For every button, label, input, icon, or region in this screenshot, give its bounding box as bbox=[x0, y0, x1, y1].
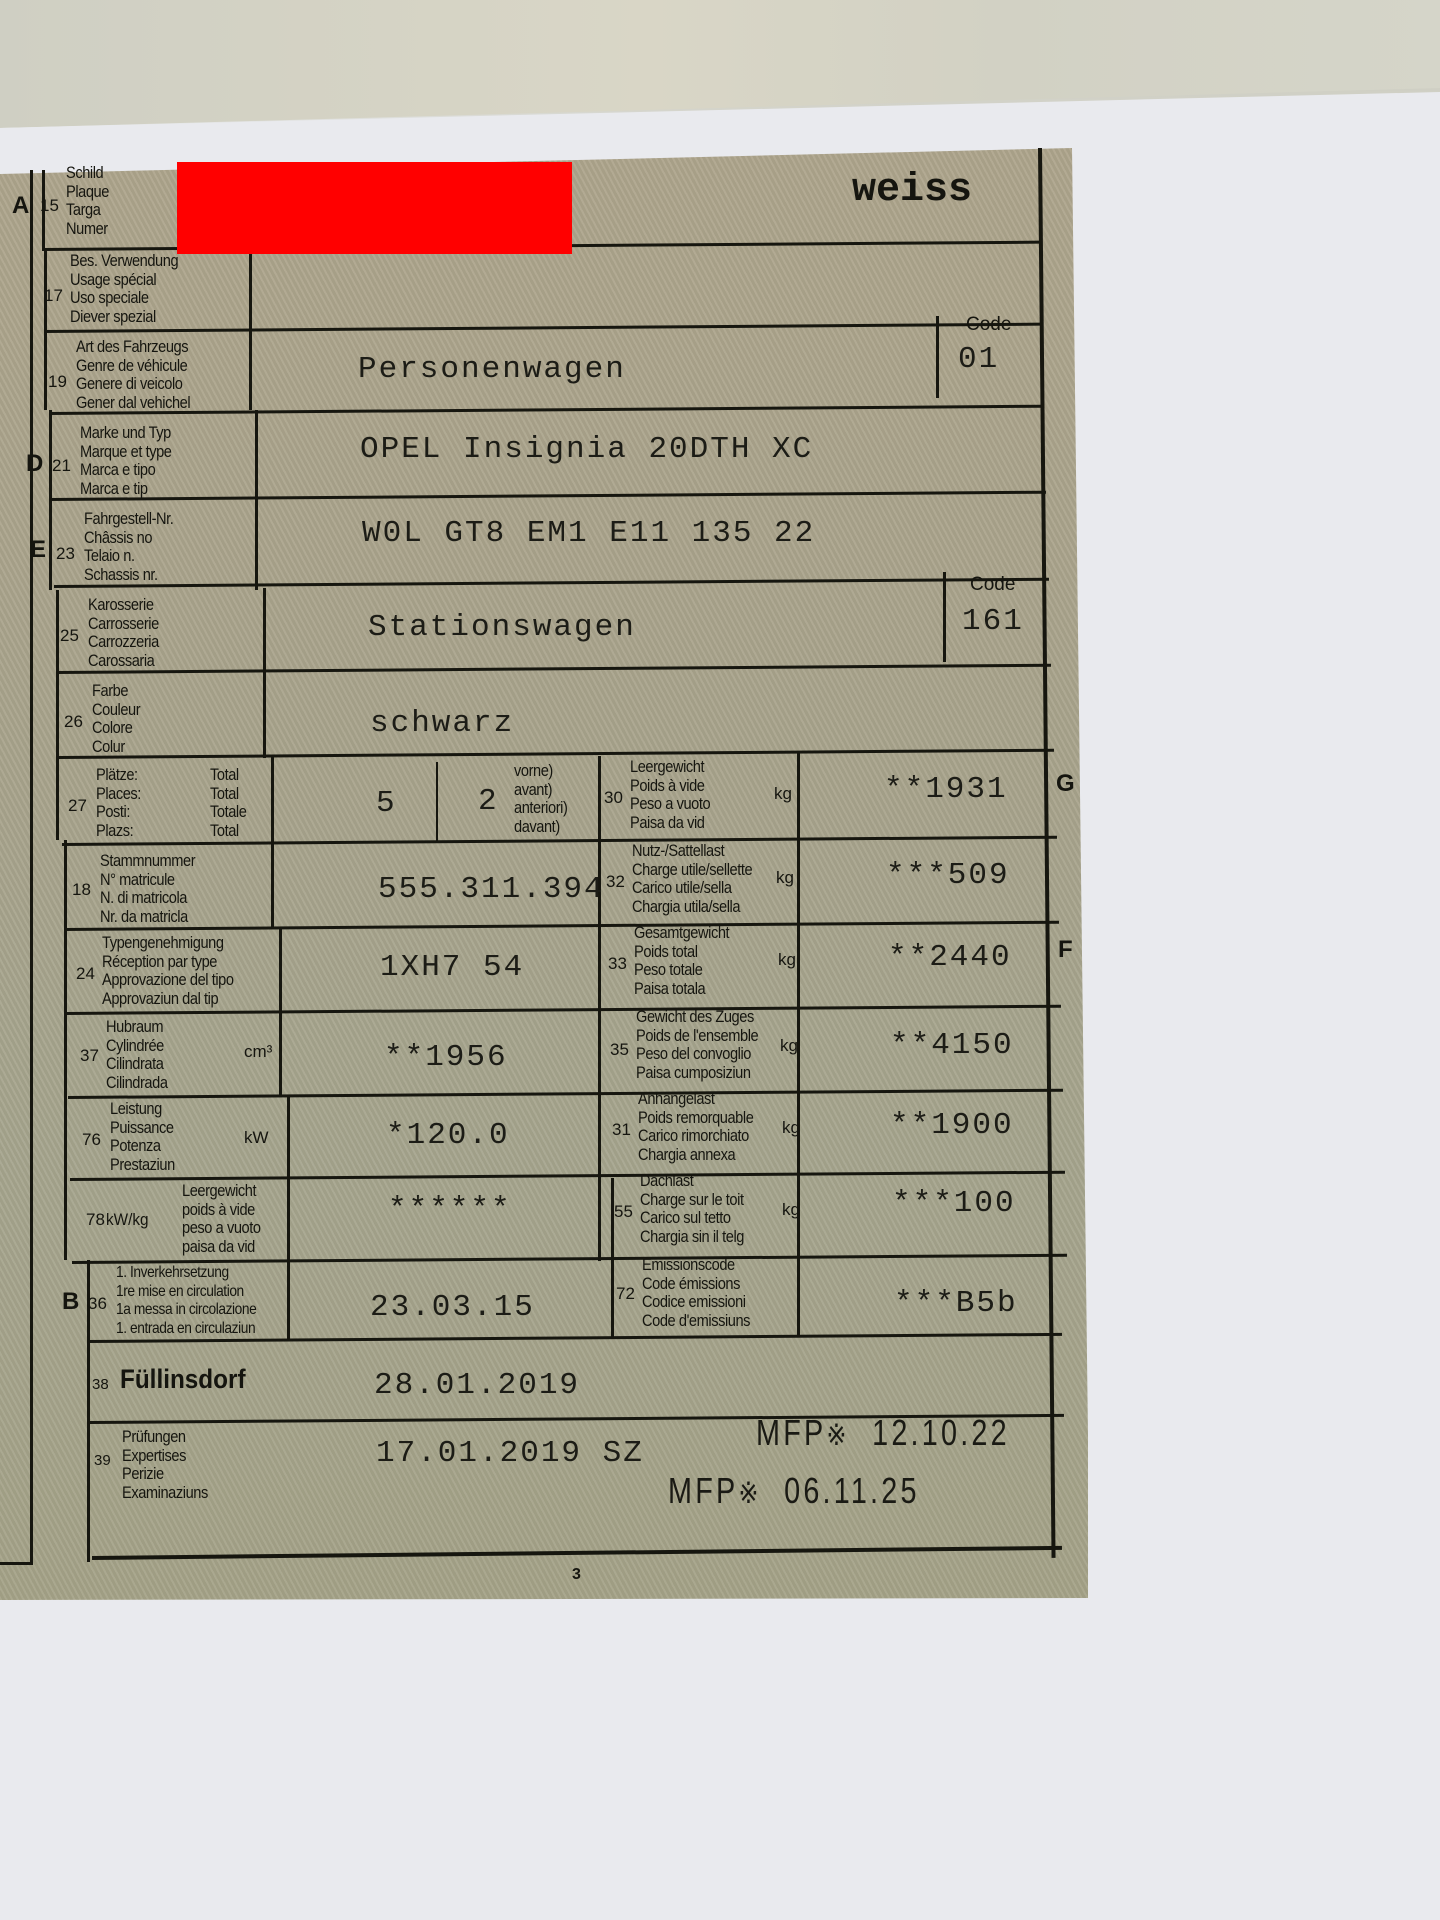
payload-value: ***509 bbox=[886, 858, 1010, 893]
field-17-label: Bes. VerwendungUsage spécialUso speciale… bbox=[70, 252, 178, 326]
field-number-23: 23 bbox=[56, 544, 75, 564]
field-39-label: PrüfungenExpertisesPerizieExaminaziuns bbox=[122, 1428, 208, 1502]
field-number-31: 31 bbox=[612, 1120, 631, 1140]
inspection-stamp-2: MFP※ 06.11.25 bbox=[668, 1470, 920, 1512]
stamp-prefix: MFP bbox=[668, 1470, 738, 1511]
field-32-label: Nutz-/SattellastCharge utile/selletteCar… bbox=[632, 842, 752, 916]
vehicle-type-code-label: Code bbox=[966, 314, 1011, 336]
body-type-code-value: 161 bbox=[962, 604, 1024, 639]
field-35-unit: kg bbox=[780, 1036, 798, 1056]
field-15-label: SchildPlaqueTargaNumer bbox=[66, 164, 109, 238]
power-value: *120.0 bbox=[386, 1118, 510, 1153]
body-type-code-label: Code bbox=[970, 574, 1015, 596]
field-37-unit: cm³ bbox=[244, 1042, 272, 1062]
displacement-value: **1956 bbox=[384, 1040, 508, 1075]
field-number-55: 55 bbox=[614, 1202, 633, 1222]
train-weight-value: **4150 bbox=[890, 1028, 1014, 1063]
col-line bbox=[279, 927, 282, 1097]
field-number-30: 30 bbox=[604, 788, 623, 808]
field-36-label: 1. Inverkehrsetzung1re mise en circulati… bbox=[116, 1264, 256, 1338]
field-number-18: 18 bbox=[72, 880, 91, 900]
field-32-unit: kg bbox=[776, 868, 794, 888]
field-number-35: 35 bbox=[610, 1040, 629, 1060]
plate-color-value: weiss bbox=[852, 168, 972, 213]
inspection-value: 17.01.2019 SZ bbox=[376, 1436, 644, 1471]
field-21-label: Marke und TypMarque et typeMarca e tipoM… bbox=[80, 424, 172, 498]
col-line bbox=[287, 1096, 290, 1341]
field-number-32: 32 bbox=[606, 872, 625, 892]
gross-weight-value: **2440 bbox=[888, 940, 1012, 975]
col-line bbox=[263, 588, 266, 758]
field-number-72: 72 bbox=[616, 1284, 635, 1304]
field-number-24: 24 bbox=[76, 964, 95, 984]
field-18-label: StammnummerN° matriculeN. di matricolaNr… bbox=[100, 852, 195, 926]
seats-divider bbox=[436, 762, 438, 842]
field-72-label: EmissionscodeCode émissionsCodice emissi… bbox=[642, 1256, 750, 1330]
power-to-weight-value: ****** bbox=[388, 1192, 512, 1227]
seats-front-value: 2 bbox=[478, 784, 499, 819]
section-letter-a: A bbox=[12, 192, 29, 220]
stamp-prefix: MFP bbox=[756, 1412, 826, 1453]
body-type-value: Stationswagen bbox=[368, 610, 636, 645]
field-number-21: 21 bbox=[52, 456, 71, 476]
field-number-37: 37 bbox=[80, 1046, 99, 1066]
field-30-unit: kg bbox=[774, 784, 792, 804]
vehicle-type-code-value: 01 bbox=[958, 342, 999, 377]
field-27-label: Plätze:Places:Posti:Plazs: bbox=[96, 766, 141, 840]
field-number-38: 38 bbox=[92, 1376, 109, 1393]
field-76-label: LeistungPuissancePotenzaPrestaziun bbox=[110, 1100, 175, 1174]
roof-load-value: ***100 bbox=[892, 1186, 1016, 1221]
frame-left bbox=[56, 590, 59, 840]
col-line bbox=[598, 756, 601, 1261]
col-line bbox=[271, 757, 274, 927]
section-letter-d: D bbox=[26, 450, 43, 478]
field-31-unit: kg bbox=[782, 1118, 800, 1138]
seats-front-labels: vorne)avant)anteriori)davant) bbox=[514, 762, 567, 836]
registry-number-value: 555.311.394 bbox=[378, 872, 605, 907]
first-registration-value: 23.03.15 bbox=[370, 1290, 535, 1325]
field-24-label: TypengenehmigungRéception par typeApprov… bbox=[102, 934, 234, 1008]
type-approval-value: 1XH7 54 bbox=[380, 950, 524, 985]
card-left-border bbox=[30, 170, 33, 1565]
field-35-label: Gewicht des ZugesPoids de l'ensemblePeso… bbox=[636, 1008, 758, 1082]
vehicle-type-value: Personenwagen bbox=[358, 352, 626, 387]
field-number-25: 25 bbox=[60, 626, 79, 646]
stamp-emblem-icon: ※ bbox=[738, 1477, 761, 1510]
field-number-39: 39 bbox=[94, 1452, 111, 1469]
stamp-date: 06.11.25 bbox=[784, 1470, 920, 1511]
card-left-bottom bbox=[0, 1562, 33, 1565]
emissions-code-value: ***B5b bbox=[894, 1286, 1018, 1321]
issue-date-value: 28.01.2019 bbox=[374, 1368, 580, 1403]
plate-number-redacted bbox=[177, 162, 572, 254]
section-letter-f: F bbox=[1058, 936, 1073, 964]
section-letter-g: G bbox=[1056, 770, 1075, 798]
code-col-line bbox=[943, 572, 946, 662]
field-78-unit: kW/kg bbox=[106, 1210, 149, 1230]
empty-weight-value: **1931 bbox=[884, 772, 1008, 807]
issuing-office-label: Füllinsdorf bbox=[120, 1364, 246, 1395]
field-number-19: 19 bbox=[48, 372, 67, 392]
make-model-value: OPEL Insignia 20DTH XC bbox=[360, 432, 813, 467]
col-line bbox=[255, 410, 258, 590]
field-76-unit: kW bbox=[244, 1128, 269, 1148]
inspection-stamp-1: MFP※ 12.10.22 bbox=[756, 1412, 1010, 1454]
field-number-26: 26 bbox=[64, 712, 83, 732]
field-78-label: Leergewichtpoids à videpeso a vuotopaisa… bbox=[182, 1182, 261, 1256]
field-55-label: DachlastCharge sur le toitCarico sul tet… bbox=[640, 1172, 744, 1246]
trailer-load-value: **1900 bbox=[890, 1108, 1014, 1143]
field-33-label: GesamtgewichtPoids totalPeso totalePaisa… bbox=[634, 924, 729, 998]
page-number: 3 bbox=[572, 1566, 581, 1584]
field-30-label: LeergewichtPoids à videPeso a vuotoPaisa… bbox=[630, 758, 710, 832]
field-number-78: 78 bbox=[86, 1210, 105, 1230]
field-number-36: 36 bbox=[88, 1294, 107, 1314]
field-number-76: 76 bbox=[82, 1130, 101, 1150]
field-26-label: FarbeCouleurColoreColur bbox=[92, 682, 140, 756]
col-line bbox=[249, 250, 252, 410]
field-27-total-labels: TotalTotalTotaleTotal bbox=[210, 766, 246, 840]
field-23-label: Fahrgestell-Nr.Châssis noTelaio n.Schass… bbox=[84, 510, 173, 584]
code-col-line bbox=[936, 316, 939, 398]
stamp-emblem-icon: ※ bbox=[826, 1419, 849, 1452]
field-number-27: 27 bbox=[68, 796, 87, 816]
section-letter-e: E bbox=[30, 536, 46, 564]
stamp-date: 12.10.22 bbox=[872, 1412, 1010, 1453]
field-55-unit: kg bbox=[782, 1200, 800, 1220]
field-33-unit: kg bbox=[778, 950, 796, 970]
section-letter-b: B bbox=[62, 1288, 79, 1316]
field-number-15: 15 bbox=[40, 196, 59, 216]
field-31-label: AnhängelastPoids remorquableCarico rimor… bbox=[638, 1090, 753, 1164]
field-25-label: KarosserieCarrosserieCarrozzeriaCarossar… bbox=[88, 596, 159, 670]
field-number-33: 33 bbox=[608, 954, 627, 974]
field-37-label: HubraumCylindréeCilindrataCilindrada bbox=[106, 1018, 168, 1092]
chassis-number-value: W0L GT8 EM1 E11 135 22 bbox=[362, 516, 815, 551]
field-number-17: 17 bbox=[44, 286, 63, 306]
seats-total-value: 5 bbox=[376, 786, 397, 821]
color-value: schwarz bbox=[370, 706, 514, 741]
frame-left bbox=[64, 840, 67, 1260]
field-19-label: Art des FahrzeugsGenre de véhiculeGenere… bbox=[76, 338, 190, 412]
